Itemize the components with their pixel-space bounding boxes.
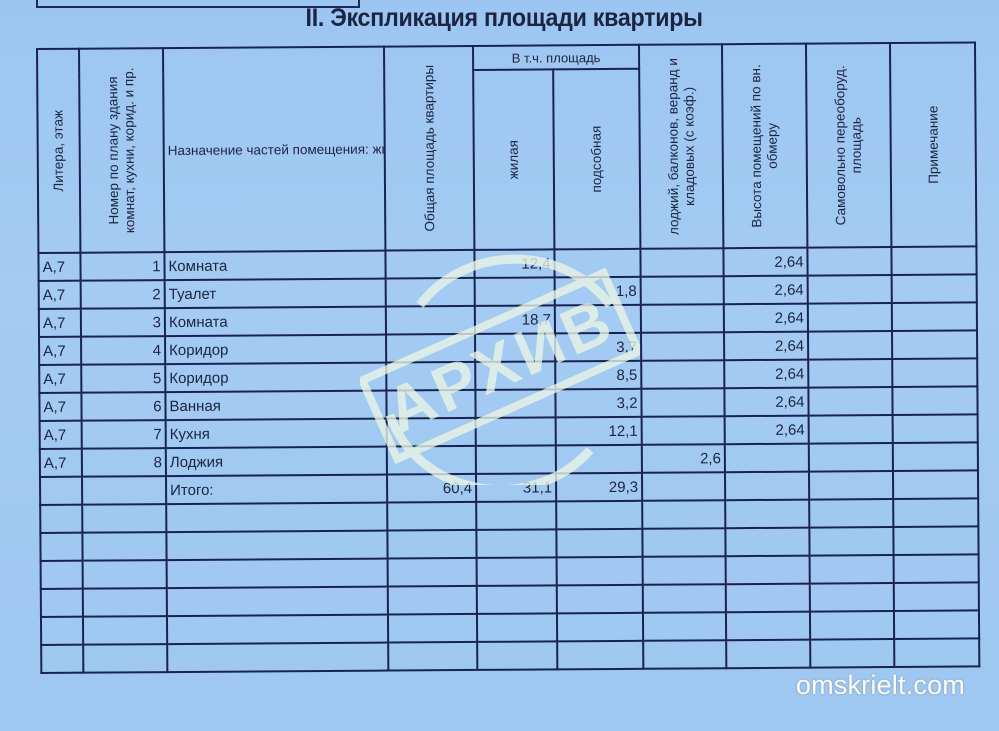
cell-height: 2,64: [724, 276, 808, 305]
cell-unauthorized: [810, 555, 894, 584]
cell-total: [388, 614, 477, 643]
cell-unauthorized: [808, 331, 892, 360]
cell-loggia: [643, 640, 726, 669]
header-living: жилая: [473, 69, 554, 250]
cell-purpose: Комната: [165, 307, 386, 337]
cell-unauthorized: [808, 359, 892, 388]
cell-number: 8: [82, 448, 166, 477]
header-total-area: Общая площадь квартиры: [384, 46, 474, 251]
cell-living: [477, 641, 557, 670]
cell-auxiliary: [555, 305, 641, 334]
cell-living: [476, 445, 556, 474]
cell-litera: А,7: [40, 449, 82, 477]
cell-auxiliary: 1,8: [555, 277, 641, 306]
cell-height: [726, 640, 810, 669]
cell-litera: [41, 561, 83, 589]
cell-auxiliary: [557, 585, 643, 614]
cell-unauthorized: [809, 527, 893, 556]
cell-loggia: [643, 612, 726, 641]
cell-loggia: 2,6: [642, 444, 725, 473]
cell-loggia: [641, 332, 724, 361]
cell-note: [892, 274, 977, 303]
cell-auxiliary: 3,2: [555, 389, 641, 418]
cell-loggia: [642, 500, 725, 529]
cell-number: [82, 532, 166, 561]
cell-number: [83, 616, 167, 645]
cell-number: [82, 504, 166, 533]
cell-number: [83, 560, 167, 589]
cell-living: 12,4: [474, 249, 554, 278]
cell-loggia: [641, 276, 724, 305]
cell-note: [892, 302, 977, 331]
cell-height: [725, 528, 809, 557]
cell-auxiliary: [556, 501, 642, 530]
cell-litera: А,7: [39, 337, 81, 365]
table-row: [41, 638, 979, 673]
cell-unauthorized: [807, 247, 891, 276]
cell-unauthorized: [808, 387, 892, 416]
cell-total: [385, 250, 474, 279]
cell-note: [893, 442, 978, 471]
cell-height: [725, 500, 809, 529]
cell-auxiliary: [557, 641, 643, 670]
cell-auxiliary: [556, 529, 642, 558]
cell-height: 2,64: [724, 332, 808, 361]
header-including-area: В т.ч. площадь: [473, 45, 639, 70]
cell-total: [386, 390, 475, 419]
cell-total: [387, 502, 476, 531]
cell-total: [386, 306, 475, 335]
cell-auxiliary: [556, 445, 642, 474]
cell-total: [388, 586, 477, 615]
cell-purpose: Коридор: [165, 335, 386, 365]
cell-litera: [40, 477, 82, 505]
cell-number: 5: [81, 364, 165, 393]
cell-loggia: [643, 584, 726, 613]
cell-note: [893, 414, 978, 443]
cell-living: [475, 361, 555, 390]
cell-living: [477, 557, 557, 586]
header-purpose: Назначение частей помещения: жилая комна…: [163, 47, 385, 253]
cell-total: [386, 362, 475, 391]
cell-litera: [41, 589, 83, 617]
cell-auxiliary: [554, 249, 640, 278]
cell-loggia: [641, 388, 724, 417]
cell-loggia: [640, 248, 723, 277]
cell-purpose: Комната: [164, 251, 385, 281]
document-title: II. Экспликация площади квартиры: [35, 4, 964, 33]
cell-loggia: [642, 472, 725, 501]
cell-unauthorized: [808, 275, 892, 304]
cell-note: [893, 498, 978, 527]
cell-unauthorized: [810, 639, 894, 668]
cell-note: [891, 246, 976, 275]
cell-total: 60,4: [387, 474, 476, 503]
header-auxiliary: подсобная: [553, 69, 640, 250]
cell-purpose: [167, 559, 388, 589]
cell-purpose: [166, 531, 387, 561]
cell-living: [476, 501, 556, 530]
cell-number: 2: [81, 280, 165, 309]
cell-purpose: [167, 615, 388, 645]
cell-auxiliary: 3,7: [555, 333, 641, 362]
site-watermark: omskrielt.com: [796, 670, 965, 701]
cell-purpose: Лоджия: [166, 447, 387, 477]
cell-living: 18,7: [475, 305, 555, 334]
cell-loggia: [642, 528, 725, 557]
cell-total: [387, 530, 476, 559]
cell-note: [894, 582, 979, 611]
cell-number: 1: [80, 252, 164, 281]
cell-living: [475, 333, 555, 362]
cell-litera: А,7: [39, 393, 81, 421]
cell-total: [386, 334, 475, 363]
cell-living: [476, 417, 556, 446]
cell-note: [892, 358, 977, 387]
cell-height: 2,64: [724, 388, 808, 417]
cell-unauthorized: [809, 443, 893, 472]
cell-auxiliary: [557, 613, 643, 642]
cell-number: [83, 644, 167, 673]
cell-unauthorized: [809, 499, 893, 528]
cell-note: [892, 330, 977, 359]
cell-number: [83, 588, 167, 617]
header-litera: Литера, этаж: [37, 49, 80, 253]
cell-purpose: Кухня: [166, 419, 387, 449]
cell-litera: [41, 617, 83, 645]
cell-height: 2,64: [724, 360, 808, 389]
cell-unauthorized: [808, 303, 892, 332]
cell-height: [725, 472, 809, 501]
cell-loggia: [641, 360, 724, 389]
cell-litera: [40, 505, 82, 533]
cell-number: 3: [81, 308, 165, 337]
cell-total: [387, 446, 476, 475]
cell-living: [476, 529, 556, 558]
cell-height: [726, 556, 810, 585]
cell-unauthorized: [809, 415, 893, 444]
cell-litera: А,7: [39, 309, 81, 337]
header-height: Высота помещений по вн. обмеру: [722, 44, 807, 249]
cell-total: [388, 642, 477, 671]
cell-note: [894, 554, 979, 583]
cell-purpose: Итого:: [166, 475, 387, 505]
cell-litera: А,7: [38, 253, 80, 281]
cell-purpose: Туалет: [165, 279, 386, 309]
cell-note: [893, 526, 978, 555]
cell-loggia: [642, 416, 725, 445]
cell-height: [726, 584, 810, 613]
cell-total: [386, 278, 475, 307]
header-loggias: лоджий, балконов, веранд и кладовых (с к…: [639, 44, 723, 249]
header-note: Примечание: [890, 42, 976, 247]
cell-auxiliary: 8,5: [555, 361, 641, 390]
cell-height: 2,64: [724, 304, 808, 333]
cell-unauthorized: [809, 471, 893, 500]
cell-height: 2,64: [725, 416, 809, 445]
area-explication-table: Литера, этаж Номер по плану здания комна…: [36, 41, 980, 674]
cell-number: 4: [81, 336, 165, 365]
cell-unauthorized: [810, 583, 894, 612]
cell-total: [388, 558, 477, 587]
cell-number: 7: [82, 420, 166, 449]
cell-loggia: [643, 556, 726, 585]
cell-note: [894, 638, 979, 667]
cell-height: 2,64: [723, 248, 807, 277]
cell-living: [477, 613, 557, 642]
cell-loggia: [641, 304, 724, 333]
cell-height: [725, 444, 809, 473]
header-unauthorized: Самовольно переоборуд. площадь: [806, 43, 891, 248]
cell-litera: А,7: [40, 421, 82, 449]
cell-purpose: Ванная: [165, 391, 386, 421]
cell-purpose: [166, 503, 387, 533]
cell-auxiliary: 29,3: [556, 473, 642, 502]
cell-living: [475, 389, 555, 418]
cell-number: [82, 476, 166, 505]
cell-purpose: Коридор: [165, 363, 386, 393]
cell-unauthorized: [810, 611, 894, 640]
cell-litera: [40, 533, 82, 561]
cell-purpose: [167, 643, 388, 673]
cell-auxiliary: [557, 557, 643, 586]
cell-litera: А,7: [39, 365, 81, 393]
cell-litera: [41, 645, 83, 673]
cell-living: [475, 277, 555, 306]
cell-height: [726, 612, 810, 641]
cell-purpose: [167, 587, 388, 617]
cell-total: [387, 418, 476, 447]
cell-litera: А,7: [39, 281, 81, 309]
cell-note: [894, 610, 979, 639]
cell-note: [892, 386, 977, 415]
header-number: Номер по плану здания комнат, кухни, кор…: [79, 48, 164, 253]
cell-note: [893, 470, 978, 499]
cell-number: 6: [81, 392, 165, 421]
cell-living: [477, 585, 557, 614]
cell-auxiliary: 12,1: [556, 417, 642, 446]
cell-living: 31,1: [476, 473, 556, 502]
